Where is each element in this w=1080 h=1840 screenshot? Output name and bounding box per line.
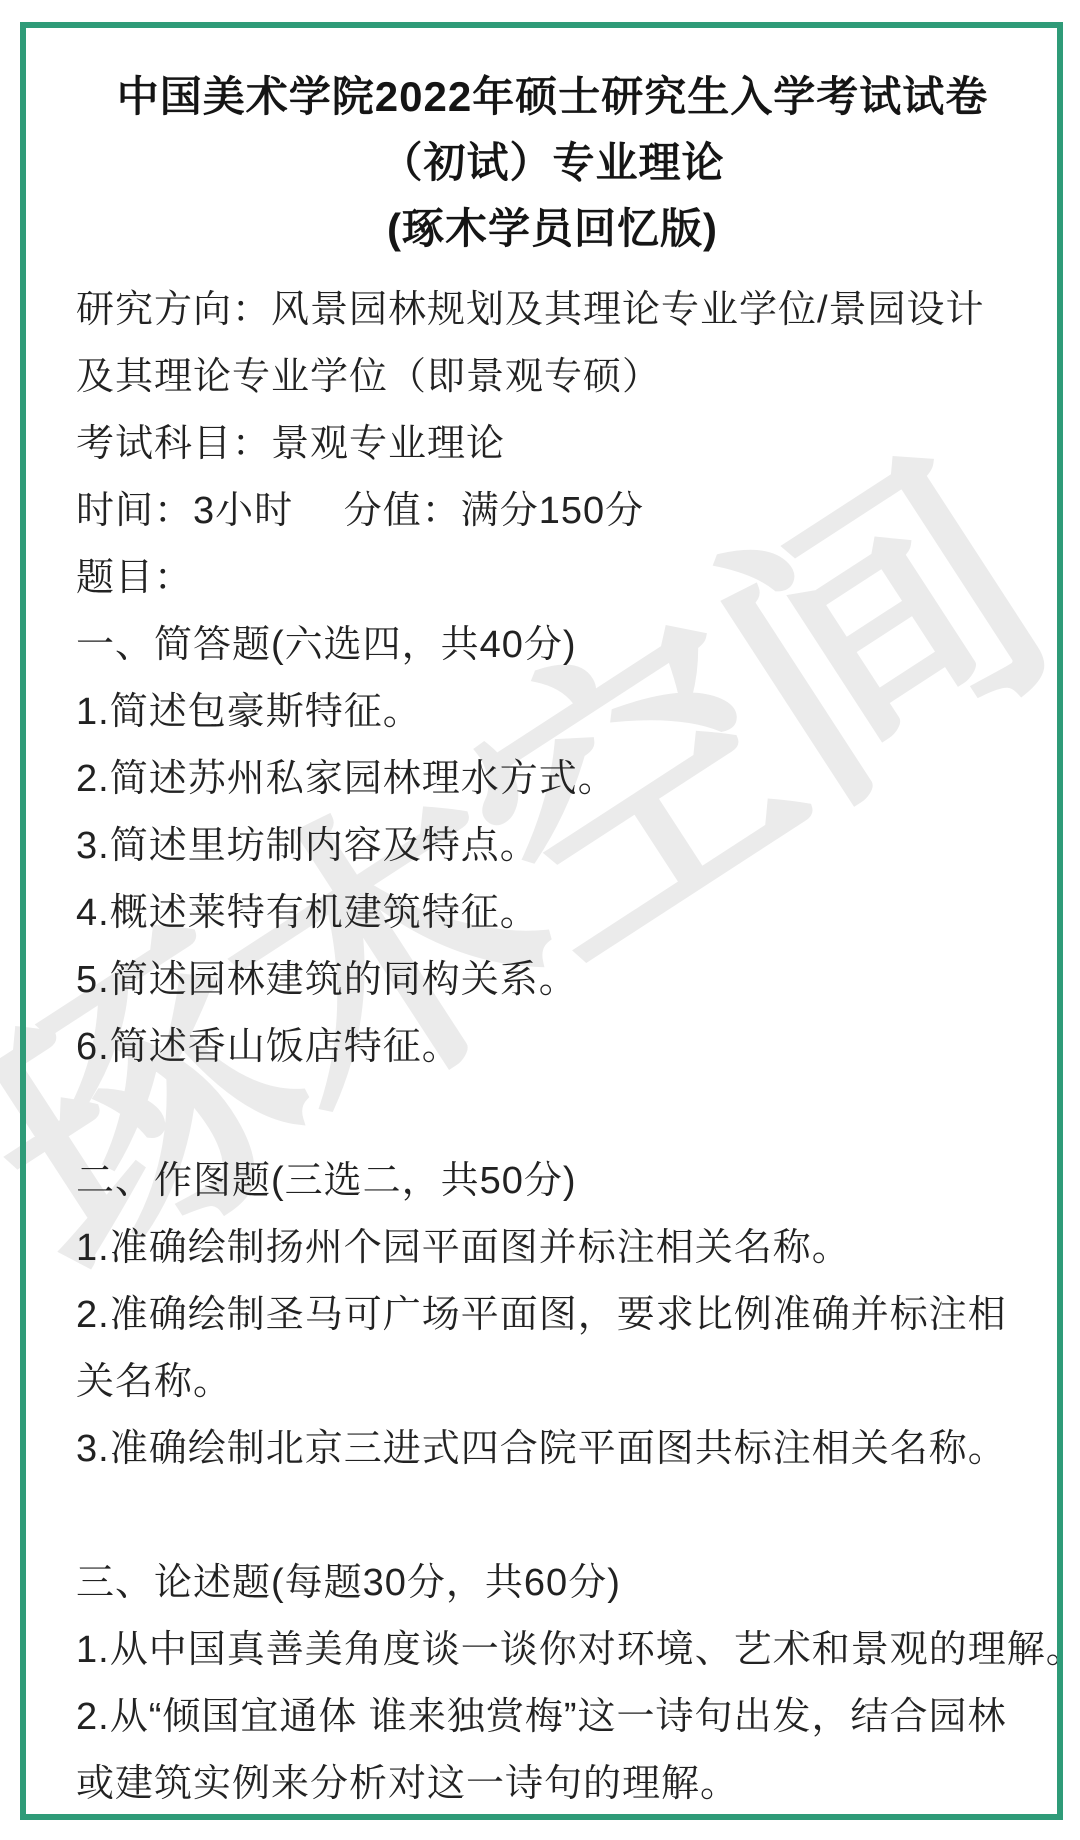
section-3-item-1: 1.从中国真善美角度谈一谈你对环境、艺术和景观的理解。 xyxy=(76,1617,1029,1684)
exam-title-subtitle: （初试）专业理论 xyxy=(76,130,1029,196)
section-2-item-2-line-2: 关名称。 xyxy=(76,1349,1029,1416)
exam-paper-page: 琢木空间 中国美术学院2022年硕士研究生入学考试试卷 （初试）专业理论 (琢木… xyxy=(0,0,1080,1840)
section-2-drawing: 二、作图题(三选二，共50分) 1.准确绘制扬州个园平面图并标注相关名称。 2.… xyxy=(76,1148,1029,1483)
info-exam-subject: 考试科目：景观专业理论 xyxy=(76,411,1029,478)
section-3-item-2-line-1: 2.从“倾国宜通体 谁来独赏梅”这一诗句出发，结合园林 xyxy=(76,1684,1029,1751)
exam-info-block: 研究方向：风景园林规划及其理论专业学位/景园设计 及其理论专业学位（即景观专硕）… xyxy=(76,277,1029,612)
document-content: 中国美术学院2022年硕士研究生入学考试试卷 （初试）专业理论 (琢木学员回忆版… xyxy=(26,28,1057,1814)
info-time-and-score: 时间：3小时 分值：满分150分 xyxy=(76,478,1029,545)
section-1-short-answer: 一、简答题(六选四，共40分) 1.简述包豪斯特征。 2.简述苏州私家园林理水方… xyxy=(76,612,1029,1081)
section-1-item-2: 2.简述苏州私家园林理水方式。 xyxy=(76,746,1029,813)
section-2-item-1: 1.准确绘制扬州个园平面图并标注相关名称。 xyxy=(76,1215,1029,1282)
exam-title-recall-note: (琢木学员回忆版) xyxy=(76,196,1029,262)
section-1-item-3: 3.简述里坊制内容及特点。 xyxy=(76,813,1029,880)
section-2-heading: 二、作图题(三选二，共50分) xyxy=(76,1148,1029,1215)
section-1-item-4: 4.概述莱特有机建筑特征。 xyxy=(76,880,1029,947)
exam-title-main: 中国美术学院2022年硕士研究生入学考试试卷 xyxy=(76,64,1029,130)
info-questions-label: 题目： xyxy=(76,545,1029,612)
section-1-item-6: 6.简述香山饭店特征。 xyxy=(76,1014,1029,1081)
section-3-heading: 三、论述题(每题30分，共60分) xyxy=(76,1550,1029,1617)
section-3-item-2-line-2: 或建筑实例来分析对这一诗句的理解。 xyxy=(76,1751,1029,1818)
info-research-direction-line-1: 研究方向：风景园林规划及其理论专业学位/景园设计 xyxy=(76,277,1029,344)
section-gap xyxy=(76,1081,1029,1148)
section-2-item-2-line-1: 2.准确绘制圣马可广场平面图，要求比例准确并标注相 xyxy=(76,1282,1029,1349)
section-2-item-3: 3.准确绘制北京三进式四合院平面图共标注相关名称。 xyxy=(76,1416,1029,1483)
section-3-essay: 三、论述题(每题30分，共60分) 1.从中国真善美角度谈一谈你对环境、艺术和景… xyxy=(76,1550,1029,1818)
info-research-direction-line-2: 及其理论专业学位（即景观专硕） xyxy=(76,344,1029,411)
section-1-item-5: 5.简述园林建筑的同构关系。 xyxy=(76,947,1029,1014)
section-1-item-1: 1.简述包豪斯特征。 xyxy=(76,679,1029,746)
section-1-heading: 一、简答题(六选四，共40分) xyxy=(76,612,1029,679)
section-gap xyxy=(76,1483,1029,1550)
title-block: 中国美术学院2022年硕士研究生入学考试试卷 （初试）专业理论 (琢木学员回忆版… xyxy=(76,64,1029,262)
